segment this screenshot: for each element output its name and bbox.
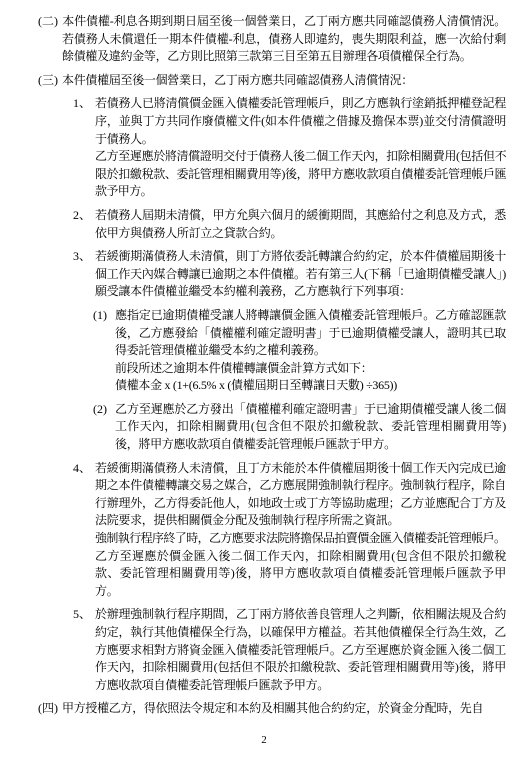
contract-paragraph: 強制執行程序終了時，乙方應要求法院將擔保品拍賣價金匯入債權委託管理帳戶。 [38,530,506,548]
paragraph-text: 乙方至遲應於價金匯入後二個工作天內，扣除相關費用(包含但不限於扣繳稅款、委託管理… [95,549,506,598]
paragraph-text: 乙方至遲應於將清償證明交付于債務人後二個工作天內，扣除相關費用(包括但不限於扣繳… [95,149,506,198]
paragraph-text: 甲方授權乙方，得依照法令規定和本約及相關其他合約約定，於資金分配時，先自 [62,701,483,715]
list-marker: (四) [38,700,62,718]
contract-paragraph: 3、若緩衝期滿債務人未清償，則丁方將依委託轉讓合約約定，於本件債權屆期後十個工作… [38,248,506,301]
contract-paragraph: (四)甲方授權乙方，得依照法令規定和本約及相關其他合約約定，於資金分配時，先自 [38,700,506,718]
paragraph-text: 於辦理強制執行程序期間，乙丁兩方將依善良管理人之判斷，依相關法規及合約約定，執行… [95,607,506,691]
contract-paragraph: 5、於辦理強制執行程序期間，乙丁兩方將依善良管理人之判斷，依相關法規及合約約定，… [38,606,506,694]
list-marker: 1、 [73,95,95,113]
paragraph-text: 應指定已逾期債權受讓人將轉讓價金匯入債權委託管理帳戶。乙方確認匯款後，乙方應發給… [115,308,506,357]
paragraph-text: 債權本金 x (1+(6.5% x (債權屆期日至轉讓日天數) ÷365)) [115,378,397,392]
paragraph-text: 若緩衝期滿債務人未清償，則丁方將依委託轉讓合約約定，於本件債權屆期後十個工作天內… [95,249,506,298]
paragraph-text: 若債務人已將清償價金匯入債權委託管理帳戶，則乙方應執行塗銷抵押權登記程序，並與丁… [95,96,506,145]
paragraph-text: 乙方至遲應於乙方發出「債權權利確定證明書」于已逾期債權受讓人後二個工作天內，扣除… [115,402,506,451]
paragraph-text: 強制執行程序終了時，乙方應要求法院將擔保品拍賣價金匯入債權委託管理帳戶。 [95,531,505,545]
contract-paragraph: (三)本件債權屆至後一個營業日，乙丁兩方應共同確認債務人清償情況： [38,72,506,90]
paragraph-text: 本件債權-利息各期到期日屆至後一個營業日，乙丁兩方應共同確認債務人清償情況。若債… [62,14,506,63]
contract-paragraph: 乙方至遲應於價金匯入後二個工作天內，扣除相關費用(包含但不限於扣繳稅款、委託管理… [38,548,506,601]
list-marker: 5、 [73,606,95,624]
contract-paragraph: 1、若債務人已將清償價金匯入債權委託管理帳戶，則乙方應執行塗銷抵押權登記程序，並… [38,95,506,148]
list-marker: (2) [93,401,115,419]
list-marker: 4、 [73,460,95,478]
list-marker: (三) [38,72,62,90]
contract-paragraph: (1)應指定已逾期債權受讓人將轉讓價金匯入債權委託管理帳戶。乙方確認匯款後，乙方… [38,307,506,360]
contract-paragraph: 前段所述之逾期本件債權轉讓價金計算方式如下： [38,360,506,378]
list-marker: (二) [38,13,62,31]
contract-paragraph: 債權本金 x (1+(6.5% x (債權屆期日至轉讓日天數) ÷365)) [38,377,506,395]
page-number: 2 [0,732,528,750]
contract-body: (二)本件債權-利息各期到期日屆至後一個營業日，乙丁兩方應共同確認債務人清償情況… [38,13,506,718]
list-marker: (1) [93,307,115,325]
contract-paragraph: 2、若債務人屆期未清償，甲方允與六個月的緩衝期間，其應給付之利息及方式，悉依甲方… [38,207,506,242]
contract-paragraph: (2)乙方至遲應於乙方發出「債權權利確定證明書」于已逾期債權受讓人後二個工作天內… [38,401,506,454]
paragraph-text: 若債務人屆期未清償，甲方允與六個月的緩衝期間，其應給付之利息及方式，悉依甲方與債… [95,208,506,240]
paragraph-text: 前段所述之逾期本件債權轉讓價金計算方式如下： [115,361,372,375]
contract-paragraph: 4、若緩衝期滿債務人未清償，且丁方未能於本件債權屆期後十個工作天內完成已逾期之本… [38,460,506,530]
contract-paragraph: (二)本件債權-利息各期到期日屆至後一個營業日，乙丁兩方應共同確認債務人清償情況… [38,13,506,66]
paragraph-text: 本件債權屆至後一個營業日，乙丁兩方應共同確認債務人清償情況： [62,73,413,87]
document-page: (二)本件債權-利息各期到期日屆至後一個營業日，乙丁兩方應共同確認債務人清償情況… [0,0,528,770]
list-marker: 3、 [73,248,95,266]
paragraph-text: 若緩衝期滿債務人未清償，且丁方未能於本件債權屆期後十個工作天內完成已逾期之本件債… [95,461,506,528]
contract-paragraph: 乙方至遲應於將清償證明交付于債務人後二個工作天內，扣除相關費用(包括但不限於扣繳… [38,148,506,201]
list-marker: 2、 [73,207,95,225]
